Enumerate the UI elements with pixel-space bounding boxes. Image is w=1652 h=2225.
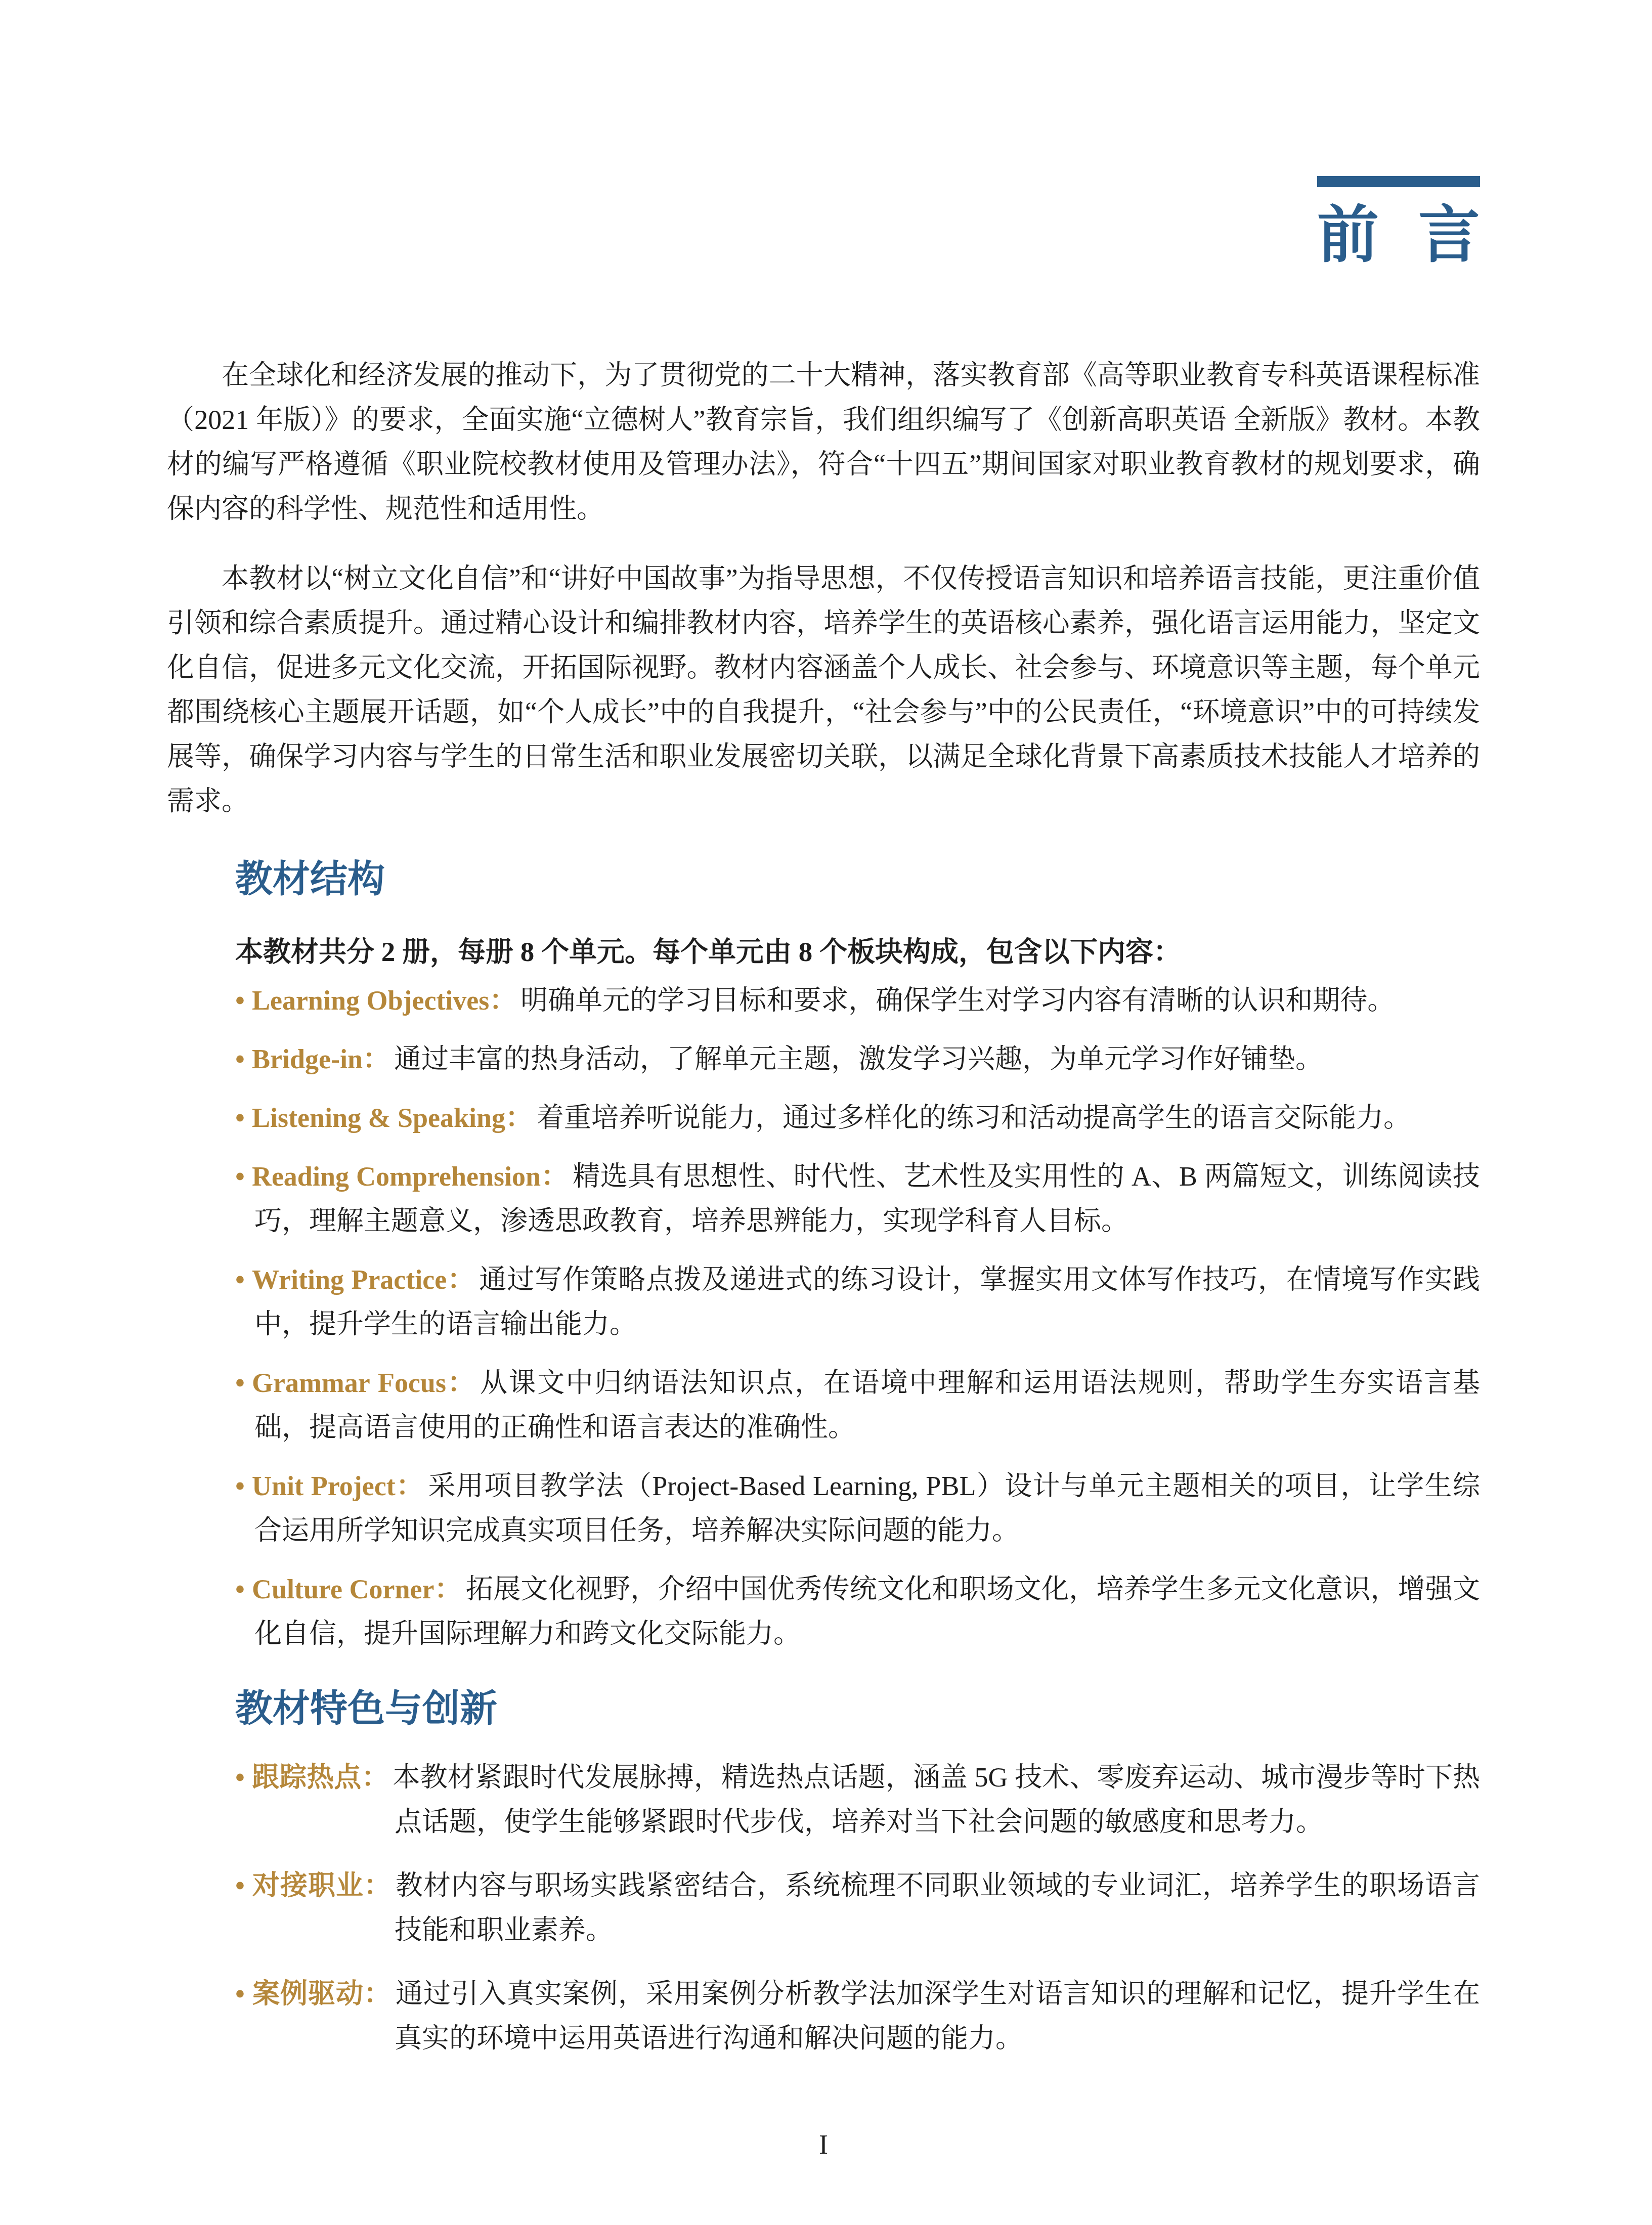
intro-paragraph-2: 本教材以“树立文化自信”和“讲好中国故事”为指导思想，不仅传授语言知识和培养语言… — [167, 556, 1480, 823]
title-block: 前 言 — [1317, 176, 1480, 266]
section-features-heading: 教材特色与创新 — [235, 1688, 1480, 1729]
list-item-case-driven: •案例驱动：通过引入真实案例，采用案例分析教学法加深学生对语言知识的理解和记忆，… — [235, 1972, 1480, 2061]
bullet-icon: • — [235, 1870, 245, 1901]
item-text: 通过引入真实案例，采用案例分析教学法加深学生对语言知识的理解和记忆，提升学生在真… — [395, 1979, 1480, 2054]
item-text: 采用项目教学法（Project-Based Learning, PBL）设计与单… — [254, 1471, 1480, 1546]
item-text: 本教材紧跟时代发展脉搏，精选热点话题，涵盖 5G 技术、零废弃运动、城市漫步等时… — [393, 1762, 1480, 1837]
list-item-writing-practice: •Writing Practice：通过写作策略点拨及递进式的练习设计，掌握实用… — [235, 1257, 1480, 1346]
section-features: 教材特色与创新 •跟踪热点：本教材紧跟时代发展脉搏，精选热点话题，涵盖 5G 技… — [167, 1688, 1480, 2080]
bullet-icon: • — [235, 1103, 245, 1133]
section-structure-intro: 本教材共分 2 册，每册 8 个单元。每个单元由 8 个板块构成，包含以下内容： — [235, 930, 1480, 974]
bullet-icon: • — [235, 1762, 245, 1793]
item-text: 教材内容与职场实践紧密结合，系统梳理不同职业领域的专业词汇，培养学生的职场语言技… — [395, 1870, 1480, 1945]
list-item-unit-project: •Unit Project：采用项目教学法（Project-Based Lear… — [235, 1464, 1480, 1553]
list-item-listening-speaking: •Listening & Speaking：着重培养听说能力，通过多样化的练习和… — [235, 1096, 1480, 1140]
page-body: 在全球化和经济发展的推动下，为了贯彻党的二十大精神，落实教育部《高等职业教育专科… — [167, 353, 1480, 2080]
item-colon: ： — [446, 1368, 476, 1398]
preface-page: 前 言 在全球化和经济发展的推动下，为了贯彻党的二十大精神，落实教育部《高等职业… — [0, 0, 1652, 2225]
feature-list: •跟踪热点：本教材紧跟时代发展脉搏，精选热点话题，涵盖 5G 技术、零废弃运动、… — [235, 1755, 1480, 2080]
section-structure-heading: 教材结构 — [235, 859, 1480, 899]
list-item-grammar-focus: •Grammar Focus：从课文中归纳语法知识点，在语境中理解和运用语法规则… — [235, 1361, 1480, 1450]
item-label: Learning Objectives — [252, 985, 489, 1016]
item-label: Listening & Speaking — [252, 1103, 505, 1133]
item-colon: ： — [541, 1161, 569, 1192]
item-colon: ： — [396, 1471, 424, 1501]
item-label: 案例驱动 — [252, 1979, 364, 2009]
bullet-icon: • — [235, 1044, 245, 1074]
list-item-hot-topics: •跟踪热点：本教材紧跟时代发展脉搏，精选热点话题，涵盖 5G 技术、零废弃运动、… — [235, 1755, 1480, 1844]
bullet-icon: • — [235, 1161, 245, 1192]
item-colon: ： — [363, 1044, 390, 1074]
bullet-icon: • — [235, 1574, 245, 1604]
intro-paragraph-1: 在全球化和经济发展的推动下，为了贯彻党的二十大精神，落实教育部《高等职业教育专科… — [167, 353, 1480, 531]
section-structure: 教材结构 本教材共分 2 册，每册 8 个单元。每个单元由 8 个板块构成，包含… — [167, 859, 1480, 1670]
item-colon: ： — [447, 1264, 475, 1295]
item-label: Writing Practice — [252, 1264, 447, 1295]
item-colon: ： — [364, 1979, 392, 2009]
page-footer: I — [167, 2130, 1480, 2159]
item-label: 跟踪热点 — [252, 1762, 362, 1793]
page-title: 前 言 — [1317, 204, 1480, 266]
bullet-icon: • — [235, 1979, 245, 2009]
list-item-bridge-in: •Bridge-in：通过丰富的热身活动，了解单元主题，激发学习兴趣，为单元学习… — [235, 1037, 1480, 1081]
item-colon: ： — [505, 1103, 533, 1133]
bullet-icon: • — [235, 1368, 245, 1398]
item-colon: ： — [361, 1762, 388, 1793]
item-text: 明确单元的学习目标和要求，确保学生对学习内容有清晰的认识和期待。 — [520, 985, 1395, 1016]
page-number: I — [819, 2130, 828, 2159]
item-label: 对接职业 — [252, 1870, 364, 1901]
item-label: Bridge-in — [252, 1044, 363, 1074]
list-item-reading-comprehension: •Reading Comprehension：精选具有思想性、时代性、艺术性及实… — [235, 1154, 1480, 1243]
bullet-icon: • — [235, 1264, 245, 1295]
item-text: 通过丰富的热身活动，了解单元主题，激发学习兴趣，为单元学习作好铺垫。 — [394, 1044, 1323, 1074]
page-header: 前 言 — [167, 176, 1480, 266]
list-item-learning-objectives: •Learning Objectives：明确单元的学习目标和要求，确保学生对学… — [235, 978, 1480, 1023]
list-item-career-link: •对接职业：教材内容与职场实践紧密结合，系统梳理不同职业领域的专业词汇，培养学生… — [235, 1863, 1480, 1952]
item-colon: ： — [434, 1574, 462, 1604]
bullet-icon: • — [235, 985, 245, 1016]
item-label: Grammar Focus — [252, 1368, 446, 1398]
item-label: Reading Comprehension — [252, 1161, 541, 1192]
item-label: Culture Corner — [252, 1574, 434, 1604]
item-text: 着重培养听说能力，通过多样化的练习和活动提高学生的语言交际能力。 — [537, 1103, 1411, 1133]
bullet-icon: • — [235, 1471, 245, 1501]
title-divider-bar — [1317, 176, 1480, 187]
list-item-culture-corner: •Culture Corner：拓展文化视野，介绍中国优秀传统文化和职场文化，培… — [235, 1567, 1480, 1656]
item-label: Unit Project — [252, 1471, 396, 1501]
item-colon: ： — [364, 1870, 392, 1901]
module-list: •Learning Objectives：明确单元的学习目标和要求，确保学生对学… — [235, 978, 1480, 1670]
item-colon: ： — [489, 985, 516, 1016]
